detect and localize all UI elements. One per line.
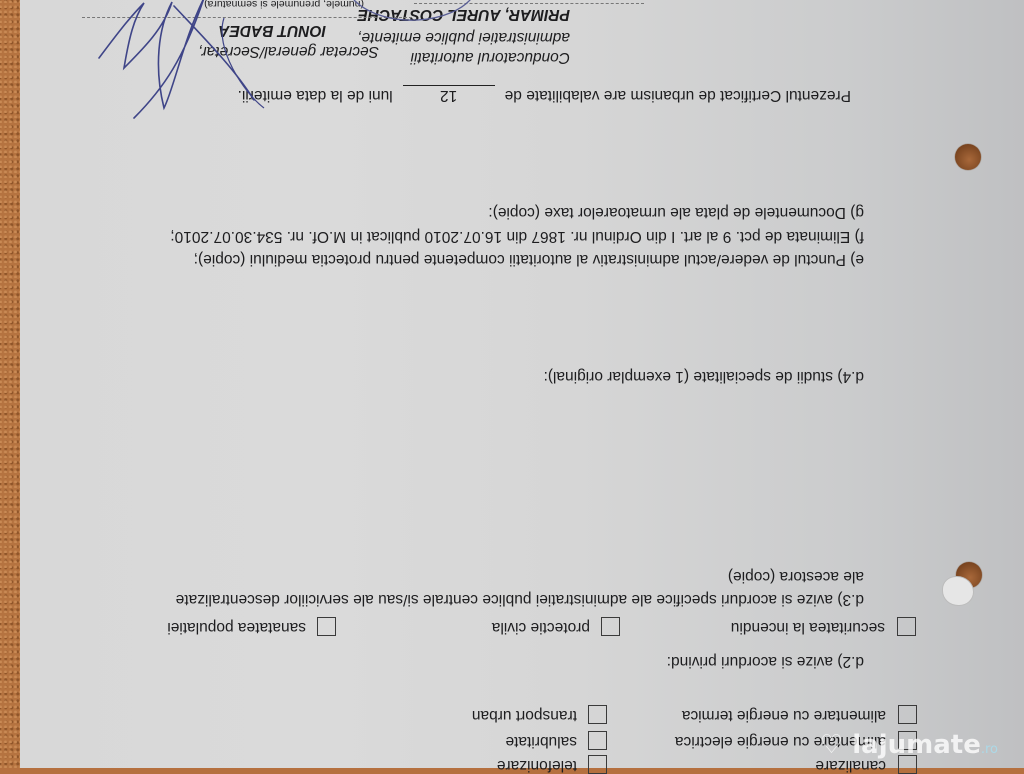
checkbox-label: protectie civila — [492, 618, 590, 636]
validity-suffix: luni de la data emiterii. — [238, 87, 393, 104]
checkbox-transport-urban[interactable] — [588, 705, 607, 724]
signature-line-right — [82, 17, 412, 18]
checkbox-label: sanatatea populatiei — [167, 618, 306, 636]
pushpin-icon — [955, 144, 981, 170]
validity-prefix: Prezentul Certificat de urbanism are val… — [505, 87, 851, 104]
checkbox-sanatatea-populatiei[interactable] — [317, 617, 336, 636]
punched-hole — [942, 576, 974, 606]
signature-line-left — [414, 3, 644, 4]
urbanism-certificate-page: canalizare alimentare cu energie electri… — [20, 0, 1024, 768]
checkbox-label: alimentare cu energie termica — [682, 706, 886, 724]
validity-months: 12 — [403, 85, 495, 104]
checkbox-label: telefonizare — [497, 756, 577, 768]
checkbox-protectie-civila[interactable] — [601, 617, 620, 636]
handwritten-signature-icon — [94, 0, 284, 128]
authority-subtitle: administratiei publice emitente, — [357, 28, 570, 46]
checkbox-securitatea-la-incendiu[interactable] — [897, 617, 916, 636]
checkbox-energie-termica[interactable] — [898, 705, 917, 724]
checkbox-salubritate[interactable] — [588, 731, 607, 750]
signature-caption: (numele, prenumele si semnatura) — [204, 0, 364, 13]
mayor-name: PRIMAR, AUREL COSTACHE — [358, 5, 570, 23]
checkbox-label: securitatea la incendiu — [731, 618, 885, 636]
section-g-text: g) Documentele de plata ale urmatoarelor… — [488, 203, 864, 221]
checkbox-label: salubritate — [505, 732, 577, 750]
secretary-name: IONUT BADEA — [218, 21, 326, 39]
section-d2-heading: d.2) avize si acorduri privind: — [667, 652, 864, 670]
watermark-heart-icon: ♡ — [820, 730, 843, 760]
checkbox-telefonizare[interactable] — [588, 755, 607, 768]
validity-statement: Prezentul Certificat de urbanism are val… — [238, 85, 851, 104]
watermark-brand: lajumate — [852, 730, 981, 760]
checkbox-label: transport urban — [472, 706, 577, 724]
secretary-title: Secretar general/Secretar, — [198, 42, 379, 60]
section-f-text: f) Eliminata de pct. 9 al art. I din Ord… — [170, 227, 864, 245]
section-d3-text-continued: ale acestora (copie) — [728, 567, 864, 585]
section-e-text: e) Punctul de vedere/actul administrativ… — [194, 250, 864, 268]
section-d4-text: d.4) studii de specialitate (1 exemplar … — [544, 367, 865, 385]
watermark-tld: .ro — [981, 742, 998, 757]
rotated-document-photo: canalizare alimentare cu energie electri… — [0, 0, 1024, 768]
cork-board — [0, 0, 22, 768]
section-d3-text: d.3) avize si acorduri specifice ale adm… — [176, 590, 864, 608]
lajumate-watermark: ♡ lajumate.ro — [820, 730, 998, 760]
authority-title: Conducatorul autoritatii — [411, 48, 570, 66]
